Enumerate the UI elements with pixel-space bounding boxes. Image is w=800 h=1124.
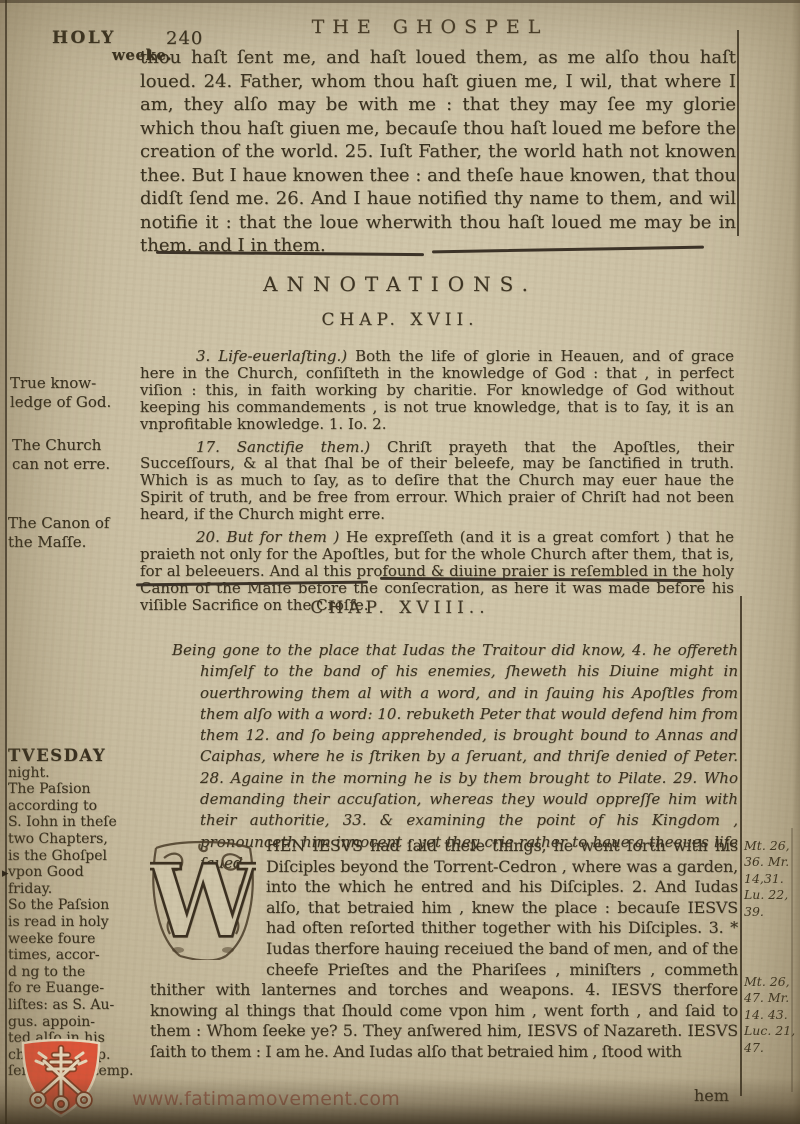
column-rule-top: [737, 30, 739, 236]
column-rule-bottom: [740, 596, 742, 1096]
annotations-heading: ANNOTATIONS.: [200, 272, 600, 296]
running-header-holy: HOLY: [52, 28, 182, 48]
annotation-note-lemma: 3. Life-euerlaſting.): [196, 347, 347, 365]
catchword: hem: [694, 1086, 729, 1105]
annotation-note: 17. Sanctifie them.) Chriſt prayeth that…: [140, 439, 734, 524]
annotation-note: 3. Life-euerlaſting.) Both the life of g…: [140, 348, 734, 433]
margin-note-church-cannot-erre: The Church can not erre.: [12, 436, 140, 474]
scan-left-border-line: [5, 0, 7, 1124]
annotation-note-lemma: 20. But for them ): [196, 528, 339, 546]
drop-cap-letter: W: [150, 842, 256, 960]
margin-note-true-knowledge: True know- ledge of God.: [10, 374, 138, 412]
drop-cap-initial: W: [150, 838, 256, 960]
running-title: THE GHOSPEL: [240, 16, 620, 38]
papal-keys-shield-icon: [16, 1036, 106, 1120]
annotation-note-lemma: 17. Sanctifie them.): [196, 438, 370, 456]
annotations-chapter-heading: CHAP. XVII.: [250, 310, 550, 330]
scanned-bible-page: HOLY weeke. 240 THE GHOSPEL thou haſt ſe…: [0, 0, 800, 1124]
scan-right-shadow: [792, 0, 800, 1124]
chapter18-heading: CHAP. XVIII..: [250, 598, 550, 618]
chapter18-gospel-text: W HEN IESVS had ſaid theſe things, he we…: [150, 836, 738, 1063]
scripture-cross-references-1: Mt. 26, 36. Mr. 14,31. Lu. 22, 39.: [744, 838, 798, 920]
margin-pointer-mark: ▸: [2, 866, 9, 881]
margin-note-canon-of-masse: The Canon of the Maſſe.: [8, 514, 140, 552]
outer-margin-rule: [791, 828, 793, 1092]
scripture-cross-references-2: Mt. 26, 47. Mr. 14. 43. Luc. 21, 47.: [744, 974, 798, 1056]
scan-top-border-line: [0, 0, 800, 3]
woodcut-initial-icon: W: [150, 838, 256, 960]
watermark-url: www.fatimamovement.com: [132, 1088, 400, 1110]
gospel-ch17-ending-paragraph: thou haſt ſent me, and haſt loued them, …: [140, 46, 736, 258]
margin-note-tuesday-passion: TVESDAY night. The Paſsion according to …: [8, 748, 154, 1080]
